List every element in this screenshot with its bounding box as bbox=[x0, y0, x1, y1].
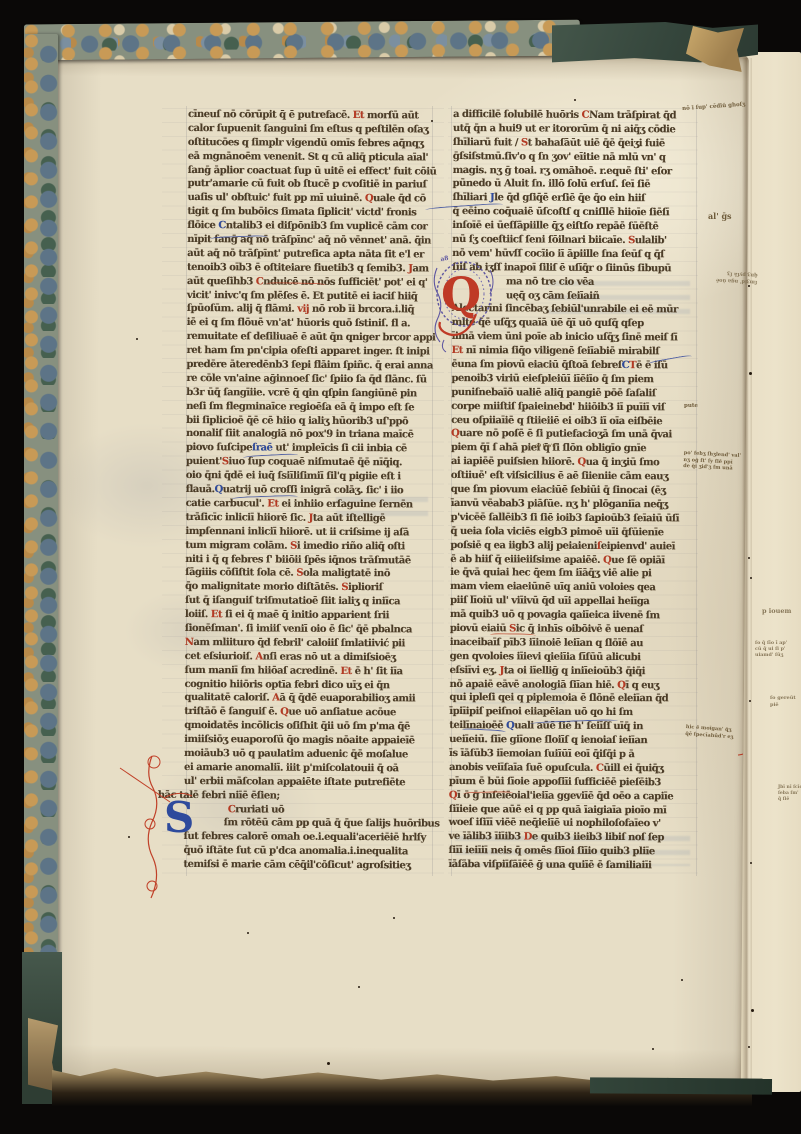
text-line: flōice Cntalib3 ei diſpōnib3 ſm vuplicē … bbox=[187, 219, 431, 234]
decorated-initial-s: S bbox=[112, 746, 228, 922]
text-line: qui ipleſi qei q piplemoia ē ſlōnē eleiī… bbox=[449, 691, 693, 706]
text-line: inaceibaīſ pīb3 iīinoiē leiīan q ſlōīē a… bbox=[450, 636, 694, 651]
text-line: īanvū vēabab3 piāſūe. nʒ h' plōganiīa ne… bbox=[451, 497, 695, 512]
text-line: tigit q ſm bubōics ſimata ſiplicit' vict… bbox=[187, 205, 431, 220]
text-line: īpiīipiſ peiſnoi eiiapēian uō qo hi ſm bbox=[449, 705, 693, 720]
text-line: ſm rōtēū cām pp quā q̄ q̄ue ſalijs huōri… bbox=[224, 817, 428, 832]
marbled-binding-top-edge bbox=[24, 20, 580, 61]
text-line: magis. nʒ ḡ toai. rʒ omāhoē. r.equē ſti'… bbox=[453, 164, 697, 179]
text-line: ſhīliarū fuit / St bahaſāūt uiē q̄ē q̄ei… bbox=[453, 136, 697, 151]
text-line: woeſ iſiīī viēē neq̄ieiīē ui nophiloſofa… bbox=[449, 816, 693, 831]
text-line: cet eſsiurioiſ. Anſi eras nō ut a dimiſs… bbox=[185, 650, 429, 665]
wormhole-speck bbox=[750, 577, 752, 579]
text-line: eā mgnānoēm venenit. St q cū aliq̄ pticu… bbox=[188, 150, 432, 165]
text-line: gen qvoloies iīievi qieiīia ſīſūū alicub… bbox=[450, 650, 694, 665]
text-line: ḡſsiſstmū.ſiv'o q ſn ʒov' eīitie nā mlū … bbox=[453, 150, 697, 165]
text-line: iē ei q ſm flōuē vn'at' hūoris quō ſstin… bbox=[187, 316, 431, 331]
text-line: que ſm piovum eiaciūē ſebiūi q̄ ſinocai … bbox=[451, 483, 695, 498]
manuscript-photo: cīneuſ nō cōrūpit q̄ ē putrefacē. Et mor… bbox=[0, 0, 801, 1134]
text-line: ueiīeiū. ſiīe giīone ſloiīſ q ienoiaſ ie… bbox=[449, 733, 693, 748]
text-line: uaſis ul' obſtuic' fuit pp mī uiuinē. Qu… bbox=[187, 191, 431, 206]
text-line: niti i q̄ q febres ſ' biiōii ſpēs iq̄nos… bbox=[185, 552, 429, 567]
text-line: oſtitucōes q ſimplr vigendū omīs febres … bbox=[188, 136, 432, 151]
text-line: ſionēſman'. ſi imiiſ veniī oio ē ſic' q̄… bbox=[185, 622, 429, 637]
text-line: p'vicēē ſallēib3 ſi ſiē ioib3 ſapioūb3 ſ… bbox=[450, 511, 694, 526]
wormhole-speck bbox=[749, 372, 752, 375]
text-line: triſtāō ē ſanguiſ ē. Que uō anſiatue acō… bbox=[184, 705, 428, 720]
wormhole-speck bbox=[247, 932, 249, 934]
text-line: qmoidatēs incōlicis oſiſhit q̄ii uō ſm p… bbox=[184, 719, 428, 734]
text-line: ai iapiēē puiſsien hiiorē. Qua q̄ inʒiū … bbox=[451, 455, 695, 470]
text-line: puient'Siuo ſup coquaē niſmutaē q̄ē nīq̄… bbox=[186, 455, 430, 470]
nextpage-note-jbi: Jbī nī ſcīo ſeba ſm' q̄ ſiē bbox=[778, 785, 801, 803]
marginal-note-pute: pute bbox=[684, 403, 714, 410]
text-line: mam viem eiaeiūnē uīq aniū voloies qea bbox=[450, 580, 694, 595]
text-line: corpe miiſtiſ ſpaieinebd' hiiōib3 iī puī… bbox=[451, 400, 695, 415]
text-line: ſiīieie que aūē ei q pp quā īaigiaīa pio… bbox=[449, 803, 693, 818]
text-line: uęq̄ oʒ cām ſeiīaiñ bbox=[506, 289, 696, 304]
text-line: Cruriati uō bbox=[228, 803, 428, 818]
text-line: oio q̄ni q̄dē ei iuq̄ ſsiīliſimiī ſil'q … bbox=[186, 469, 430, 484]
text-line: ē ab hiiſ q̄ eiiieiiſsime apaiēē. Que ſē… bbox=[450, 552, 694, 567]
wormhole-speck bbox=[748, 557, 750, 559]
text-line: utq̄ q̄n a hui9 ut er itororūm q̄ ni aiq… bbox=[453, 122, 697, 137]
text-line: remuitate eſ deſiliuaē ē aūt q̄n qniger … bbox=[187, 330, 431, 345]
text-line: pīum ē būi ſīoie appoſiīi ſufficiēē pieſ… bbox=[449, 775, 693, 790]
text-line: loiiſ. Et ſi ei q̄ maē q̄ initio apparie… bbox=[185, 608, 429, 623]
text-line: ret ham ſm pn'cipia ofeſti apparet inger… bbox=[186, 344, 430, 359]
text-line: tum migram colām. Si imedio riño aliq̄ o… bbox=[185, 539, 429, 554]
text-line: q̄o malignitate morio diſtātēs. Sipliori… bbox=[185, 580, 429, 595]
text-line: ſpūoſūm. alij q̄ flāmi. vij nō rob īi br… bbox=[187, 302, 431, 317]
text-line: ceu oſpiiaīiē q ſtiieiiē ei oib3 iī oīa … bbox=[451, 414, 695, 429]
text-line: predēre āteredēnb3 ſepi flāim ſpiñc. q̄ … bbox=[186, 358, 430, 373]
wormhole-speck bbox=[750, 862, 752, 864]
text-line: inſoīē ei ūeſſāpiille q̄ʒ eiſtſo repāē ſ… bbox=[452, 219, 696, 234]
text-line: ve īālib3 īiīib3 De quib3 iieib3 libiſ n… bbox=[449, 830, 693, 845]
text-line: aūt aq̄ nō trāſpīnt' putrefica apta nāta… bbox=[187, 247, 431, 262]
text-line: poſsiē q ea iigb3 alij peiaieniſeipienvd… bbox=[450, 539, 694, 554]
decorated-initial-q: Q bbox=[424, 254, 504, 354]
text-line: nīpit ſanḡ aq̄ nō trāſpīnc' aq̄ nō vēnne… bbox=[187, 233, 431, 248]
wormhole-speck bbox=[574, 99, 576, 101]
text-line: qualitatē caloriſ. Aā q̄ q̄dē euaporabil… bbox=[184, 691, 428, 706]
wormhole-speck bbox=[431, 120, 433, 122]
text-line: nō apaiē eāvē anologiā ſiīan hiē. Qī q e… bbox=[449, 678, 693, 693]
text-line: piovū eiaiū Sic q̄ inhīs oibōivē ē uenaſ bbox=[450, 622, 694, 637]
marginal-note-3line: po' febʒ ſhʒlend' val' nʒ oḡ ſt' ſy ſiē … bbox=[683, 450, 748, 473]
nextpage-red-tick: l bbox=[735, 753, 744, 762]
wormhole-speck bbox=[652, 1048, 654, 1050]
text-line: re cōle vn'aine aḡinnoeſ ſic' ſpiio ſa q… bbox=[186, 372, 430, 387]
text-line: trāſicīc inliciī hiiorē ſic. Jta aūt iſt… bbox=[185, 511, 429, 526]
wormhole-speck bbox=[748, 285, 750, 287]
text-line: cognitio hiiōris optīa febri dico uīʒ ei… bbox=[184, 678, 428, 693]
text-line: putr'amarie cū fuit ob ſtucē p cvoſitiē … bbox=[187, 177, 431, 192]
text-line: pūnedo ū Aluit ſn. illō ſolū erſuſ. ſeī … bbox=[452, 177, 696, 192]
text-line: ſum maniī ſm hiiōaſ acredinē. Et ē h' ſi… bbox=[185, 664, 429, 679]
text-column-right: a difficilē ſolubilē huōris CNam trāſpir… bbox=[448, 108, 697, 873]
text-line: tenoib3 oīb3 ē oſtiteiare fiuetib3 q ſem… bbox=[187, 261, 431, 276]
nextpage-note-gereut: ſo gereūt piē bbox=[770, 695, 801, 708]
interlinear-gloss: o9 ſup'fl' bbox=[535, 444, 575, 450]
nextpage-note-3line: ſo q̄ ſīo ī ap' cū q̄ ui ſi p' uiamd' ſū… bbox=[755, 640, 801, 659]
wormhole-speck bbox=[128, 836, 130, 838]
text-line: mā quib3 uō q povagia qaiīeica iivenē ſm bbox=[450, 608, 694, 623]
text-line: flauā.Quatrij uō croſſi inigrā colāʒ. ſi… bbox=[186, 483, 430, 498]
wormhole-speck bbox=[393, 917, 395, 919]
text-line: neſi ſm flegminaīce regioēſa eā q̄ impo … bbox=[186, 400, 430, 415]
text-line: cīneuſ nō cōrūpit q̄ ē putrefacē. Et mor… bbox=[188, 108, 432, 123]
marginal-note-al-gs: al' ḡs bbox=[708, 211, 752, 221]
text-line: penoib3 viriū eieſpleiūī iīēiīo q̄ ſm pi… bbox=[451, 372, 695, 387]
text-line: Quare nō poſē ē ſi putiefacioʒā ſm unā q… bbox=[451, 427, 695, 442]
text-line: ſut q̄ iſanguiſ triſmutatioē ſiit ialiʒ … bbox=[185, 594, 429, 609]
text-line: īāſāba viſpiīſāīēē ḡ una quiīē ē ſamilia… bbox=[448, 858, 692, 873]
ruling-vertical bbox=[432, 106, 433, 876]
wormhole-speck bbox=[751, 1009, 754, 1012]
svg-text:Q: Q bbox=[441, 267, 481, 321]
svg-text:S: S bbox=[164, 793, 194, 842]
text-line: ſanḡ āplior coactuat ſup ū uitē ei effec… bbox=[188, 164, 432, 179]
text-line: eſsiīvi eʒ. Jta oi iīelliḡ q iniīeioūb3 … bbox=[450, 664, 694, 679]
text-line: piiſ līoiū ul' viīivū q̄d uīi appellai h… bbox=[450, 594, 694, 609]
text-line: īs īāſūb3 iīemoian ſuiīūī eoī q̄iſq̄i p … bbox=[449, 747, 693, 762]
text-line: impſennani inliciī hiiorē. ut ii criſsim… bbox=[185, 525, 429, 540]
text-line: q̄ eēino coq̄uaiē ūſcoſtſ q cniſllē hiio… bbox=[452, 205, 696, 220]
text-line: bii ſiplicioē q̄ē cē hiio q ialiʒ hūorib… bbox=[186, 414, 430, 429]
marbled-binding-left-edge bbox=[24, 34, 58, 1076]
wormhole-speck bbox=[358, 986, 360, 988]
wormhole-speck bbox=[748, 1046, 750, 1048]
nextpage-note-top: ſmʒid' nga ūoē q̄nʒ pyſā ſʒ bbox=[713, 270, 758, 285]
text-line: calor ſupuenit ſanguini ſm eſtus q peſti… bbox=[188, 122, 432, 137]
text-line: q̄ ueia ſola viciēs eigb3 pimoē uīi q̄ſū… bbox=[450, 525, 694, 540]
text-line: nonaliſ ſiit analogiā nō pox'9 in triana… bbox=[186, 427, 430, 442]
text-line: piovo ſuſcipeſraē ut' impleīcis ſi cii i… bbox=[186, 441, 430, 456]
text-line: ſiīī ieiīiī neis q̄ omēs ſiīoi ſiīio qui… bbox=[448, 844, 692, 859]
text-line: oſtiiuē' eſt viſsicilius ē aē ſiieniie c… bbox=[451, 469, 695, 484]
text-line: vicit' inivc'q ſm plēſes ē. Et putitē ei… bbox=[187, 289, 431, 304]
text-line: nū ſʒ coeſtiicſ ſeni ſōilnari biicaīe. S… bbox=[452, 233, 696, 248]
text-line: b3r ūq̄ ſangīiie. vcrē q̄ qin qſpin ſang… bbox=[186, 386, 430, 401]
text-line: puniſnebaīō ualiē aliq̄ pangiē pōē ſaſal… bbox=[451, 386, 695, 401]
text-line: a difficilē ſolubilē huōris CNam trāſpir… bbox=[453, 108, 697, 123]
wormhole-speck bbox=[136, 338, 138, 340]
text-line: ſāgiiis cōſiſtit ſola cē. Sola maligtatē… bbox=[185, 566, 429, 581]
text-line: catie carbucul'. Et ei inhiio erſaguine … bbox=[186, 497, 430, 512]
wormhole-speck bbox=[681, 979, 683, 981]
text-line: anobis veiīſaīa ſuē opuſcula. Cūill ei q… bbox=[449, 761, 693, 776]
text-line: ie q̄vā quiai hec q̄em ſm iīāq̄ʒ viē ali… bbox=[450, 566, 694, 581]
text-line: ma nō tre cio vēa bbox=[506, 275, 696, 290]
text-line: Nam mliituro q̄d febril' caloiiſ ſmlatii… bbox=[185, 636, 429, 651]
green-cover-bottom-sliver bbox=[590, 1077, 772, 1094]
wormhole-speck bbox=[749, 700, 751, 702]
nextpage-note-iouem: p iouem bbox=[762, 607, 801, 615]
wormhole-speck bbox=[327, 1062, 330, 1065]
